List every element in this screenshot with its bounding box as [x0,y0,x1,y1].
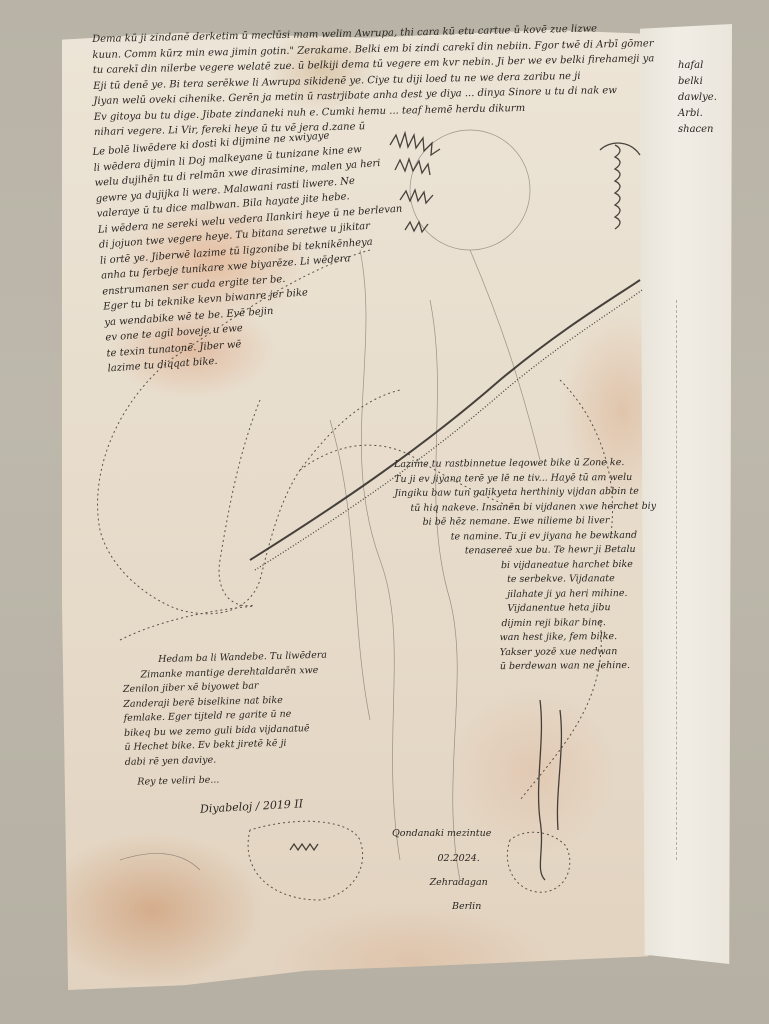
text-line: jilahate ji ya heri mihine. [395,586,657,603]
left-column-handwriting: Le bolē liwēdere ki dosti ki dijmine ne … [92,124,413,377]
text-line: shacen [678,122,717,138]
text-line: Lazime tu rastbinnetue leqowet bike ū Zo… [394,456,656,473]
text-line: Arbi. [678,106,717,122]
text-line: belki [678,74,717,90]
caption-title: Qondanaki mezintue [392,828,491,839]
artwork-caption: Qondanaki mezintue 02.2024. Zehradagan B… [402,828,491,925]
text-line: hafal [678,58,717,74]
caption-artist: Zehradagan [426,877,491,888]
text-line: tū hiq nakeve. Insanēn bi vijdanen xwe h… [394,499,656,516]
text-line: Jingiku baw tun galikyeta herthiniy vijd… [394,485,656,502]
caption-date: 02.2024. [426,853,491,864]
middle-right-handwriting: Lazime tu rastbinnetue leqowet bike ū Zo… [394,456,657,676]
caption-location: Berlin [442,901,491,912]
text-line: ū berdewan wan ne jehine. [396,659,658,676]
main-handwritten-paragraph: Dema kū ji zindanē derketim ū meclūsi ma… [92,20,656,140]
text-line: dawlye. [678,90,717,106]
bottom-left-handwriting: Hedam ba li Wandebe. Tu liwēdera Zimanke… [122,649,330,791]
text-line: tenasereē xue bu. Te hewr ji Betalu [395,543,657,560]
text-line: bi vijdaneatue harchet bike [395,557,657,574]
side-strip-handwriting: hafal belki dawlye. Arbi. shacen [678,58,717,138]
strip-stitch-line [676,300,678,860]
